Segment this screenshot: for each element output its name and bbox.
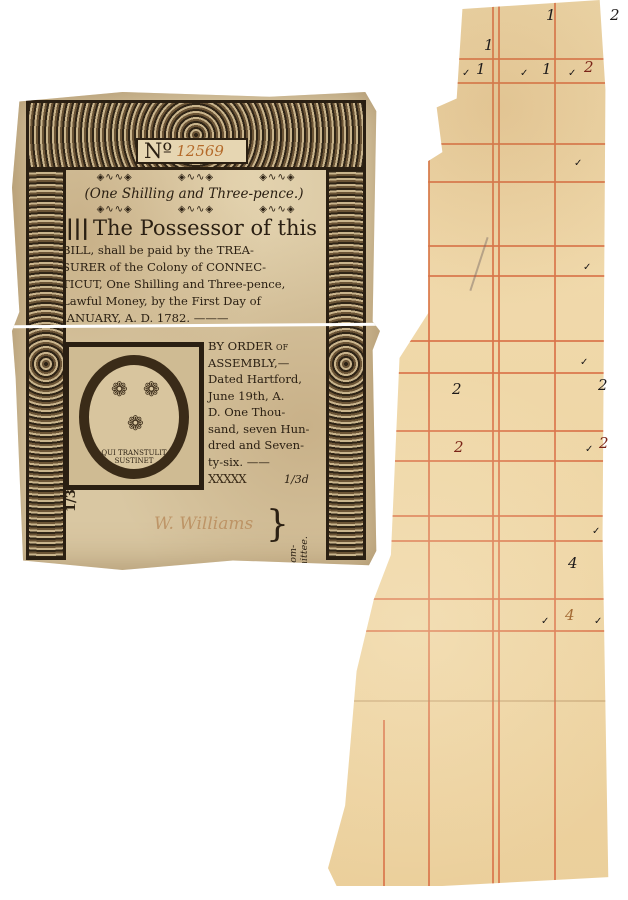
checkmark-icon: ✓ <box>594 616 602 627</box>
ledger-numeral: 1 <box>484 36 494 54</box>
headline-bars: ||| <box>66 216 89 240</box>
ledger-numeral: 1 <box>542 60 552 78</box>
left-ornamental-border <box>26 168 66 560</box>
ledger-rule-vertical <box>554 0 556 895</box>
pencil-mark <box>469 237 488 291</box>
ledger-rule-vertical <box>492 0 494 895</box>
ledger-rule-vertical <box>383 720 385 895</box>
checkmark-icon: ✓ <box>520 68 528 79</box>
body-line: BILL, shall be paid by the TREA- <box>62 242 324 259</box>
colonial-banknote: Nº 12569 ◈∿∿◈ ◈∿∿◈ ◈∿∿◈ (One Shilling an… <box>12 92 380 570</box>
grapevine-icon: ❁ <box>111 377 128 401</box>
serial-number: 12569 <box>176 142 224 160</box>
checkmark-icon: ✓ <box>541 616 549 627</box>
ledger-numeral: 2 <box>610 6 620 24</box>
body-line: Lawful Money, by the First Day of <box>62 293 324 310</box>
value-code: 1/3d <box>284 473 309 486</box>
cross-ornaments: XXXXX <box>208 472 246 486</box>
ledger-rule-horizontal <box>328 82 614 84</box>
ornament-row-top: ◈∿∿◈ ◈∿∿◈ ◈∿∿◈ <box>74 172 318 183</box>
brace: } <box>266 504 289 545</box>
ledger-rule-vertical <box>498 0 500 895</box>
ledger-numeral-brown: 4 <box>565 606 575 624</box>
checkmark-icon: ✓ <box>462 68 470 79</box>
ledger-numeral-red: 2 <box>454 438 464 456</box>
checkmark-icon: ✓ <box>585 444 593 455</box>
checkmark-icon: ✓ <box>574 158 582 169</box>
ledger-rule-vertical <box>428 0 430 895</box>
body-line: TICUT, One Shilling and Three-pence, <box>62 276 324 293</box>
checkmark-icon: ✓ <box>583 262 591 273</box>
signature: W. Williams <box>154 514 253 534</box>
serial-number-box: Nº 12569 <box>136 138 248 164</box>
committee-label: Com- mittee. <box>288 516 310 570</box>
body-line: SURER of the Colony of CONNEC- <box>62 259 324 276</box>
ledger-numeral: 1 <box>546 6 556 24</box>
ornament-row-bottom: ◈∿∿◈ ◈∿∿◈ ◈∿∿◈ <box>74 204 318 215</box>
left-denomination: 1/3. <box>64 485 79 512</box>
right-ornamental-border <box>326 168 366 560</box>
colony-seal: ❁ ❁ ❁ QUI TRANSTULIT SUSTINET <box>64 342 204 490</box>
headline-text: The Possessor of this <box>93 216 317 240</box>
checkmark-icon: ✓ <box>580 357 588 368</box>
seal-oval: ❁ ❁ ❁ QUI TRANSTULIT SUSTINET <box>79 355 189 479</box>
checkmark-icon: ✓ <box>592 526 600 537</box>
ledger-rule-horizontal <box>328 630 614 632</box>
headline: |||The Possessor of this <box>66 216 326 240</box>
ledger-numeral: 1 <box>476 60 486 78</box>
checkmark-icon: ✓ <box>568 68 576 79</box>
grapevine-icon: ❁ <box>143 377 160 401</box>
assembly-order: BY ORDER of ASSEMBLY,— Dated Hartford, J… <box>208 338 322 470</box>
ledger-numeral: 2 <box>598 376 608 394</box>
ledger-numeral: 2 <box>452 380 462 398</box>
grapevine-icon: ❁ <box>127 411 144 435</box>
ledger-rule-horizontal <box>328 58 614 60</box>
note-body: BILL, shall be paid by the TREA- SURER o… <box>62 242 324 327</box>
ledger-numeral: 4 <box>568 554 578 572</box>
paper-fold <box>328 700 614 702</box>
ledger-numeral-red: 2 <box>584 58 594 76</box>
seal-motto: QUI TRANSTULIT SUSTINET <box>89 449 179 465</box>
ledger-rule-horizontal <box>328 598 614 600</box>
ledger-numeral-red: 2 <box>599 434 609 452</box>
denomination-header: (One Shilling and Three-pence.) <box>68 186 320 202</box>
serial-label: Nº <box>144 139 172 163</box>
